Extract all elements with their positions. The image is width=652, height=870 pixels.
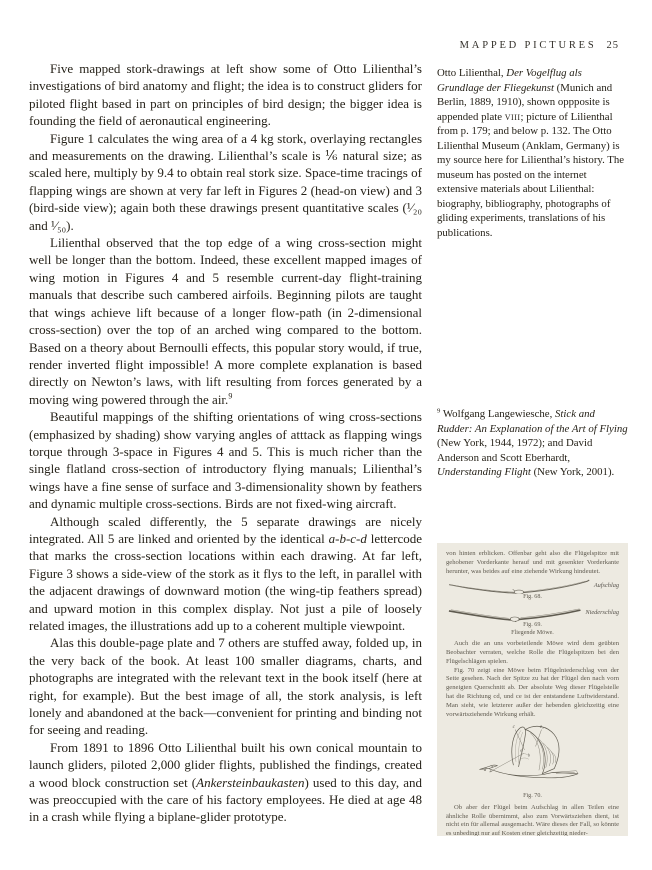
paragraph: Alas this double-page plate and 7 others…	[29, 634, 422, 738]
main-text-column: Five mapped stork-drawings at left show …	[29, 60, 422, 826]
figure-68: Aufschlag	[446, 579, 619, 594]
figure-68-caption: Fig. 68.	[446, 594, 619, 602]
sidenote-footnote-9: 9 Wolfgang Langewiesche, Stick and Rudde…	[437, 407, 629, 480]
figure-70-label-c: c	[512, 724, 515, 730]
gull-upstroke-drawing-icon	[446, 579, 592, 594]
page-number: 25	[607, 40, 620, 51]
figure-68-label: Aufschlag	[594, 582, 619, 591]
figure-70-label-a: a	[520, 748, 522, 753]
scan-paragraph: von hinten erblicken. Offenbar geht also…	[446, 550, 619, 576]
figure-70-label-b: b	[527, 753, 529, 758]
paragraph: From 1891 to 1896 Otto Lilienthal built …	[29, 739, 422, 826]
book-page: MAPPED PICTURES25 Five mapped stork-draw…	[0, 0, 652, 870]
running-head-title: MAPPED PICTURES	[460, 40, 597, 51]
figures-68-69-caption: Fliegende Möwe.	[446, 630, 619, 638]
scan-paragraph: Auch die an uns vorbeieilende Möwe wird …	[446, 640, 619, 666]
figure-69-label: Niederschlag	[585, 609, 619, 618]
running-head: MAPPED PICTURES25	[460, 40, 619, 51]
figure-69-caption: Fig. 69.	[446, 622, 619, 630]
sidenote-citation: Otto Lilienthal, Der Vogelflug als Grund…	[437, 66, 629, 241]
figure-69: Niederschlag	[446, 605, 619, 622]
paragraph: Figure 1 calculates the wing area of a 4…	[29, 130, 422, 234]
paragraph: Lilienthal observed that the top edge of…	[29, 234, 422, 408]
scan-paragraph: Fig. 70 zeigt eine Möwe beim Flügelniede…	[446, 667, 619, 720]
paragraph: Although scaled differently, the 5 separ…	[29, 513, 422, 635]
figure-70-caption: Fig. 70.	[446, 793, 619, 801]
paragraph: Beautiful mappings of the shifting orien…	[29, 408, 422, 512]
embedded-book-scan: von hinten erblicken. Offenbar geht also…	[437, 543, 628, 836]
paragraph: Five mapped stork-drawings at left show …	[29, 60, 422, 130]
scan-paragraph: Ob aber der Flügel beim Aufschlag in all…	[446, 804, 619, 836]
gull-sideview-drawing-icon: c e₁ d	[448, 721, 618, 789]
gull-downstroke-drawing-icon	[446, 605, 583, 622]
figure-70: c e₁ d	[446, 721, 619, 793]
